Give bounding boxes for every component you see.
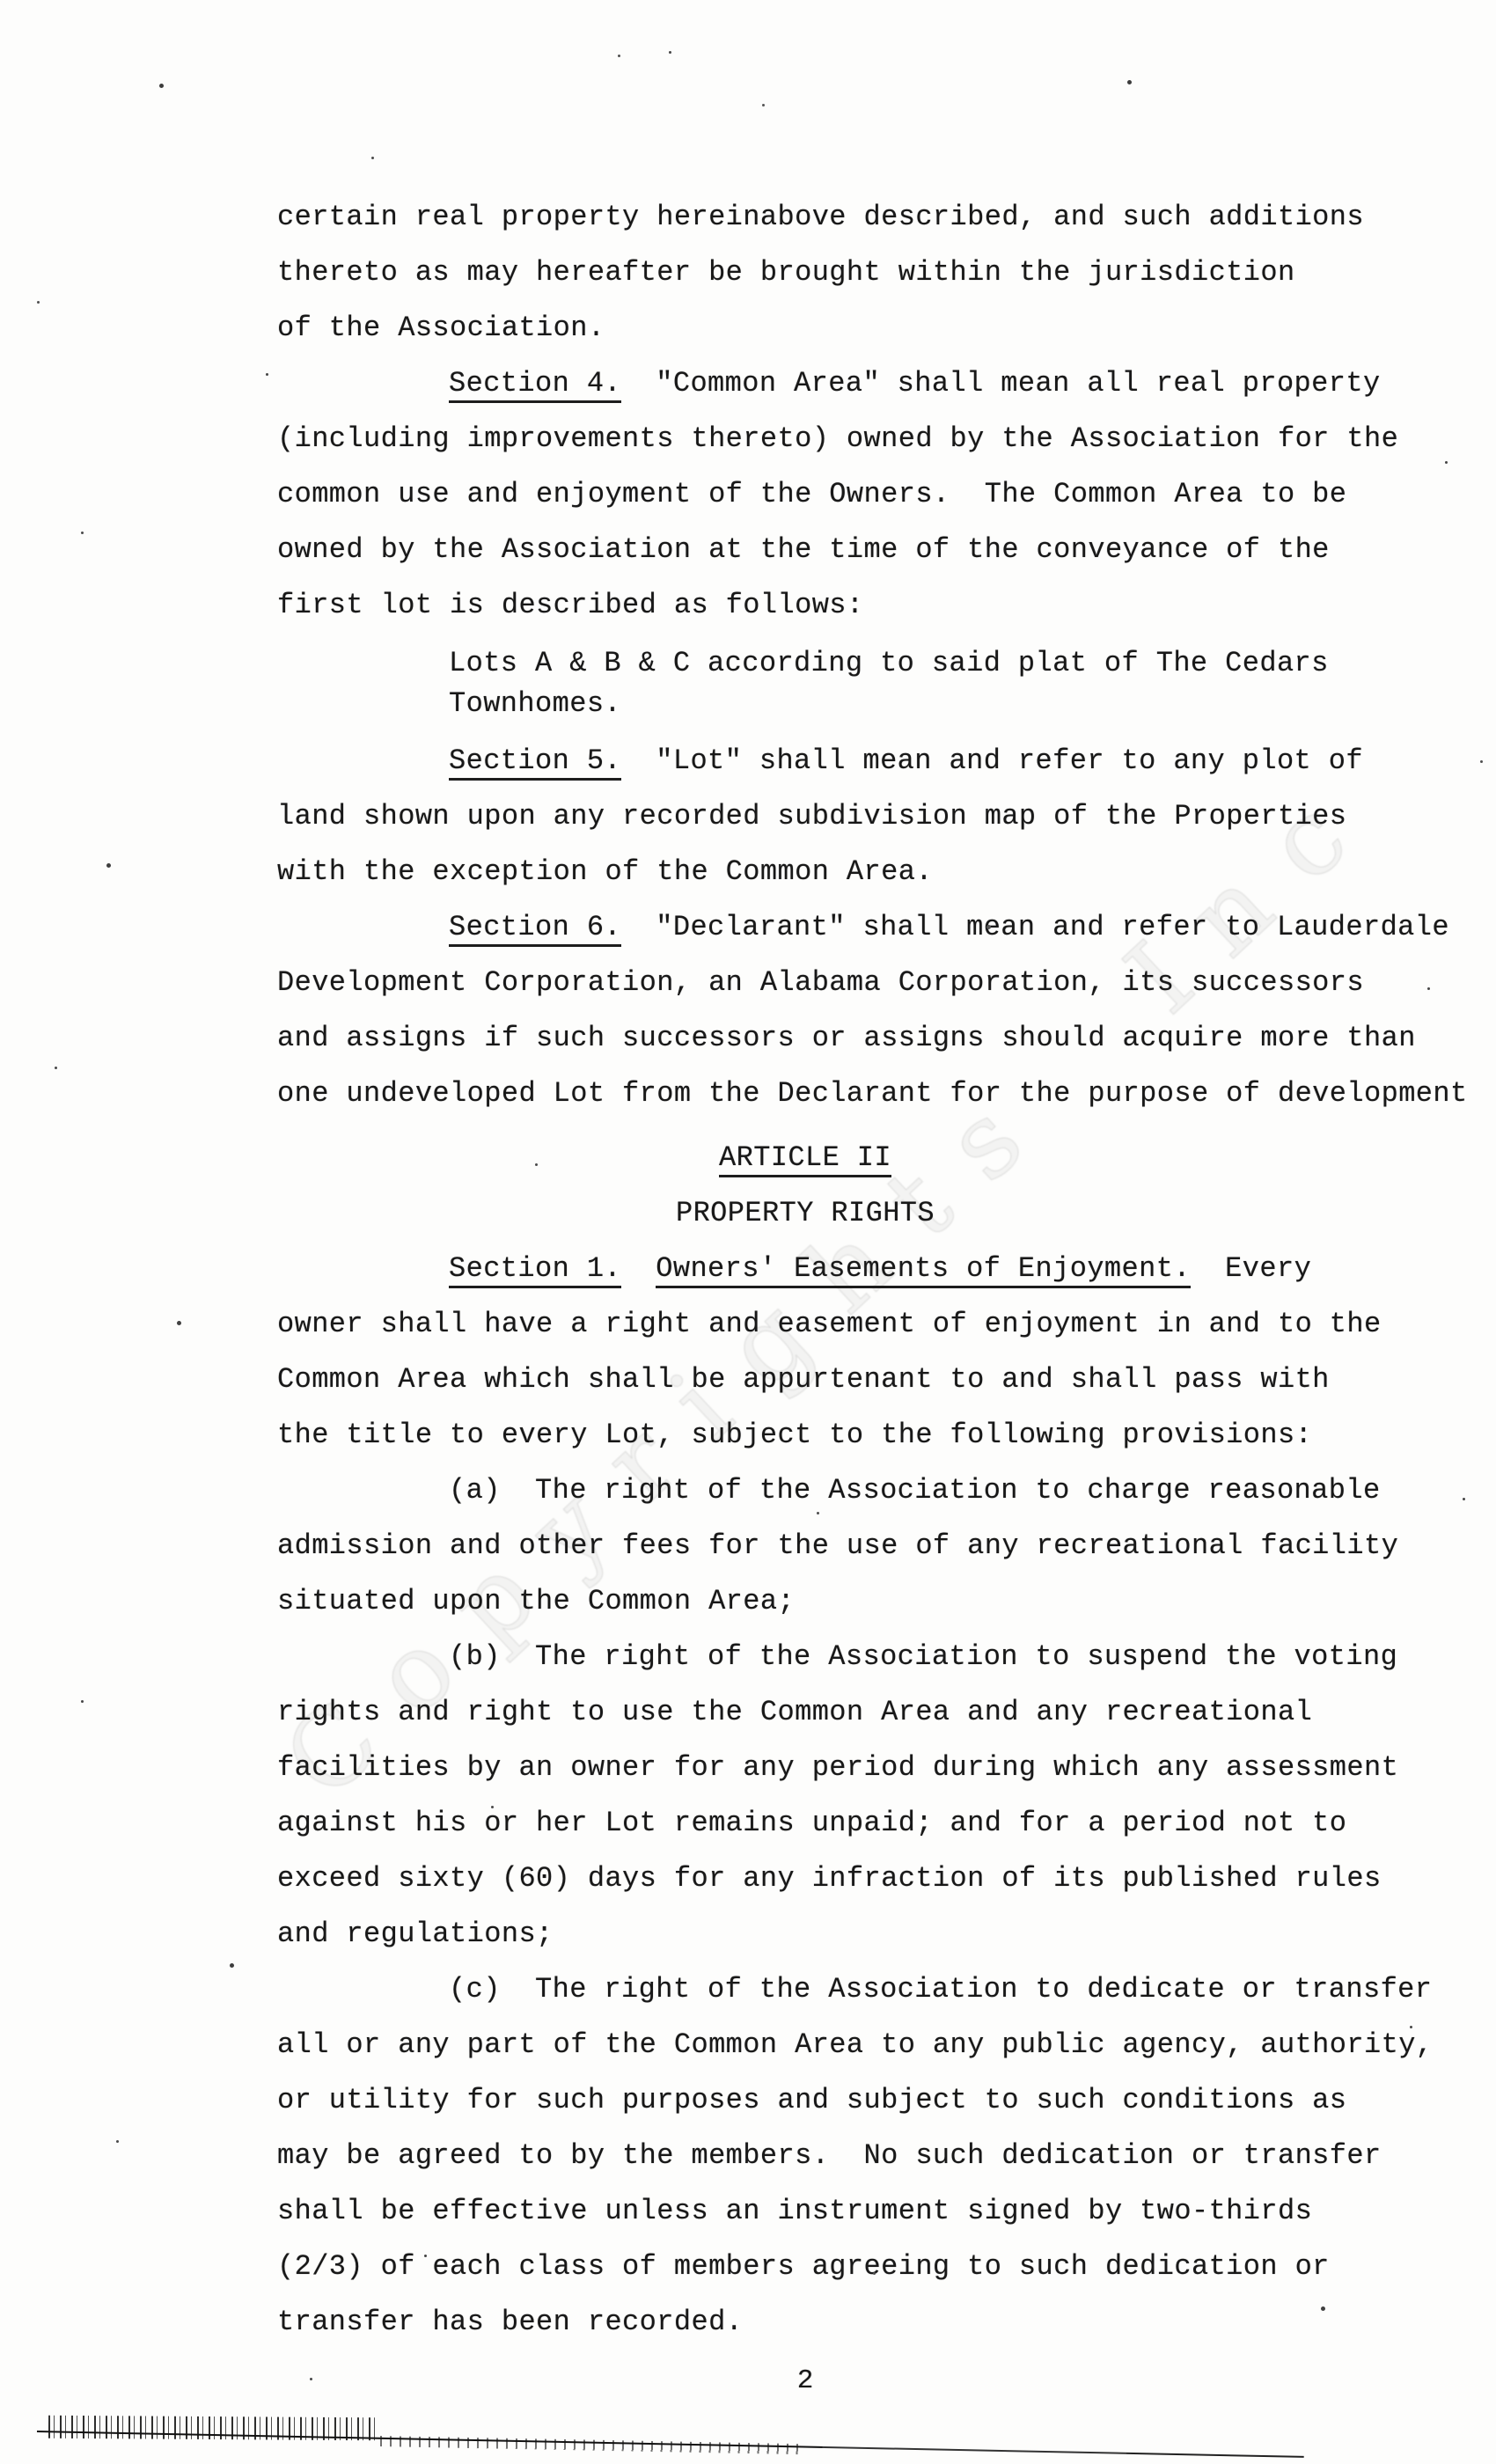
text-segment: Common Area which shall be appurtenant t… [277,1363,1330,1396]
text-segment: Lots A & B & C according to said plat of… [449,647,1329,679]
text-line: land shown upon any recorded subdivision… [277,788,1465,844]
text-line: PROPERTY RIGHTS [277,1185,1333,1241]
text-line: facilities by an owner for any period du… [277,1740,1465,1795]
text-segment: situated upon the Common Area; [277,1585,795,1617]
text-segment: may be agreed to by the members. No such… [277,2139,1382,2172]
text-segment: owner shall have a right and easement of… [277,1308,1382,1340]
document-lines: certain real property hereinabove descri… [277,189,1465,2350]
text-segment: and assigns if such successors or assign… [277,1022,1416,1054]
text-line: (c) The right of the Association to dedi… [277,1962,1465,2017]
text-line: exceed sixty (60) days for any infractio… [277,1851,1465,1906]
text-segment: "Common Area" shall mean all real proper… [621,367,1381,400]
text-segment: Development Corporation, an Alabama Corp… [277,966,1364,999]
text-line: situated upon the Common Area; [277,1573,1465,1629]
text-line: the title to every Lot, subject to the f… [277,1407,1465,1463]
text-line: Section 5. "Lot" shall mean and refer to… [277,733,1465,788]
text-segment: common use and enjoyment of the Owners. … [277,478,1346,510]
text-segment [621,1252,656,1285]
text-segment: admission and other fees for the use of … [277,1529,1398,1562]
text-line: one undeveloped Lot from the Declarant f… [277,1066,1465,1121]
text-line: Section 6. "Declarant" shall mean and re… [277,899,1465,955]
underlined-text-segment: Owners' Easements of Enjoyment. [656,1252,1191,1288]
text-segment: and regulations; [277,1918,554,1950]
text-line: (2/3) of each class of members agreeing … [277,2239,1465,2294]
text-segment: owned by the Association at the time of … [277,533,1330,566]
text-line: shall be effective unless an instrument … [277,2183,1465,2239]
text-segment: first lot is described as follows: [277,589,864,621]
text-segment: certain real property hereinabove descri… [277,201,1364,233]
document-page: Copyrights Inc certain real property her… [0,0,1496,2464]
text-line: Townhomes. [277,684,1465,724]
page-number-value: 2 [797,2365,814,2396]
text-segment: "Lot" shall mean and refer to any plot o… [621,744,1363,777]
text-line: common use and enjoyment of the Owners. … [277,466,1465,522]
text-line: owned by the Association at the time of … [277,522,1465,577]
text-line: of the Association. [277,300,1465,356]
text-segment: all or any part of the Common Area to an… [277,2028,1433,2061]
text-line: Section 4. "Common Area" shall mean all … [277,356,1465,411]
text-line: admission and other fees for the use of … [277,1518,1465,1573]
underlined-text-segment: Section 5. [449,744,621,781]
text-segment: rights and right to use the Common Area … [277,1696,1312,1728]
text-line: with the exception of the Common Area. [277,844,1465,899]
text-segment: shall be effective unless an instrument … [277,2195,1312,2227]
text-segment: (a) The right of the Association to char… [449,1474,1381,1507]
text-segment: transfer has been recorded. [277,2306,743,2338]
text-line: Lots A & B & C according to said plat of… [277,643,1465,684]
text-segment: the title to every Lot, subject to the f… [277,1419,1312,1451]
text-segment: thereto as may hereafter be brought with… [277,256,1295,289]
underlined-text-segment: Section 1. [449,1252,621,1288]
text-line: may be agreed to by the members. No such… [277,2128,1465,2183]
text-line: Section 1. Owners' Easements of Enjoymen… [277,1241,1465,1296]
text-line: and regulations; [277,1906,1465,1962]
text-segment: (2/3) of each class of members agreeing … [277,2250,1330,2283]
text-line: owner shall have a right and easement of… [277,1296,1465,1352]
text-segment: Townhomes. [449,687,621,720]
underlined-text-segment: Section 6. [449,911,621,947]
underlined-text-segment: ARTICLE II [719,1141,891,1177]
scan-noise-speckles [0,0,3,3]
text-segment: with the exception of the Common Area. [277,855,933,888]
text-line: (b) The right of the Association to susp… [277,1629,1465,1684]
text-line: ARTICLE II [277,1130,1333,1185]
text-line: thereto as may hereafter be brought with… [277,245,1465,300]
text-segment: or utility for such purposes and subject… [277,2084,1346,2116]
text-segment: exceed sixty (60) days for any infractio… [277,1862,1382,1895]
text-line: all or any part of the Common Area to an… [277,2017,1465,2072]
text-line: or utility for such purposes and subject… [277,2072,1465,2128]
page-number: 2 [277,2365,1333,2396]
scan-artifact-line [37,2431,1304,2458]
text-line: against his or her Lot remains unpaid; a… [277,1795,1465,1851]
text-segment: land shown upon any recorded subdivision… [277,800,1346,832]
text-line: certain real property hereinabove descri… [277,189,1465,245]
text-segment: (including improvements thereto) owned b… [277,422,1398,455]
text-line: (a) The right of the Association to char… [277,1463,1465,1518]
text-line: (including improvements thereto) owned b… [277,411,1465,466]
text-line: Common Area which shall be appurtenant t… [277,1352,1465,1407]
text-line: first lot is described as follows: [277,577,1465,633]
text-segment: one undeveloped Lot from the Declarant f… [277,1077,1468,1110]
underlined-text-segment: Section 4. [449,367,621,403]
text-line: Development Corporation, an Alabama Corp… [277,955,1465,1010]
text-segment: against his or her Lot remains unpaid; a… [277,1807,1346,1839]
text-segment: "Declarant" shall mean and refer to Laud… [621,911,1449,943]
text-segment: Every [1191,1252,1311,1285]
text-line: transfer has been recorded. [277,2294,1465,2350]
text-segment: (b) The right of the Association to susp… [449,1640,1397,1673]
text-segment: (c) The right of the Association to dedi… [449,1973,1432,2006]
text-segment: PROPERTY RIGHTS [676,1197,935,1229]
text-line: and assigns if such successors or assign… [277,1010,1465,1066]
text-segment: of the Association. [277,312,605,344]
text-segment: facilities by an owner for any period du… [277,1751,1398,1784]
text-line: rights and right to use the Common Area … [277,1684,1465,1740]
